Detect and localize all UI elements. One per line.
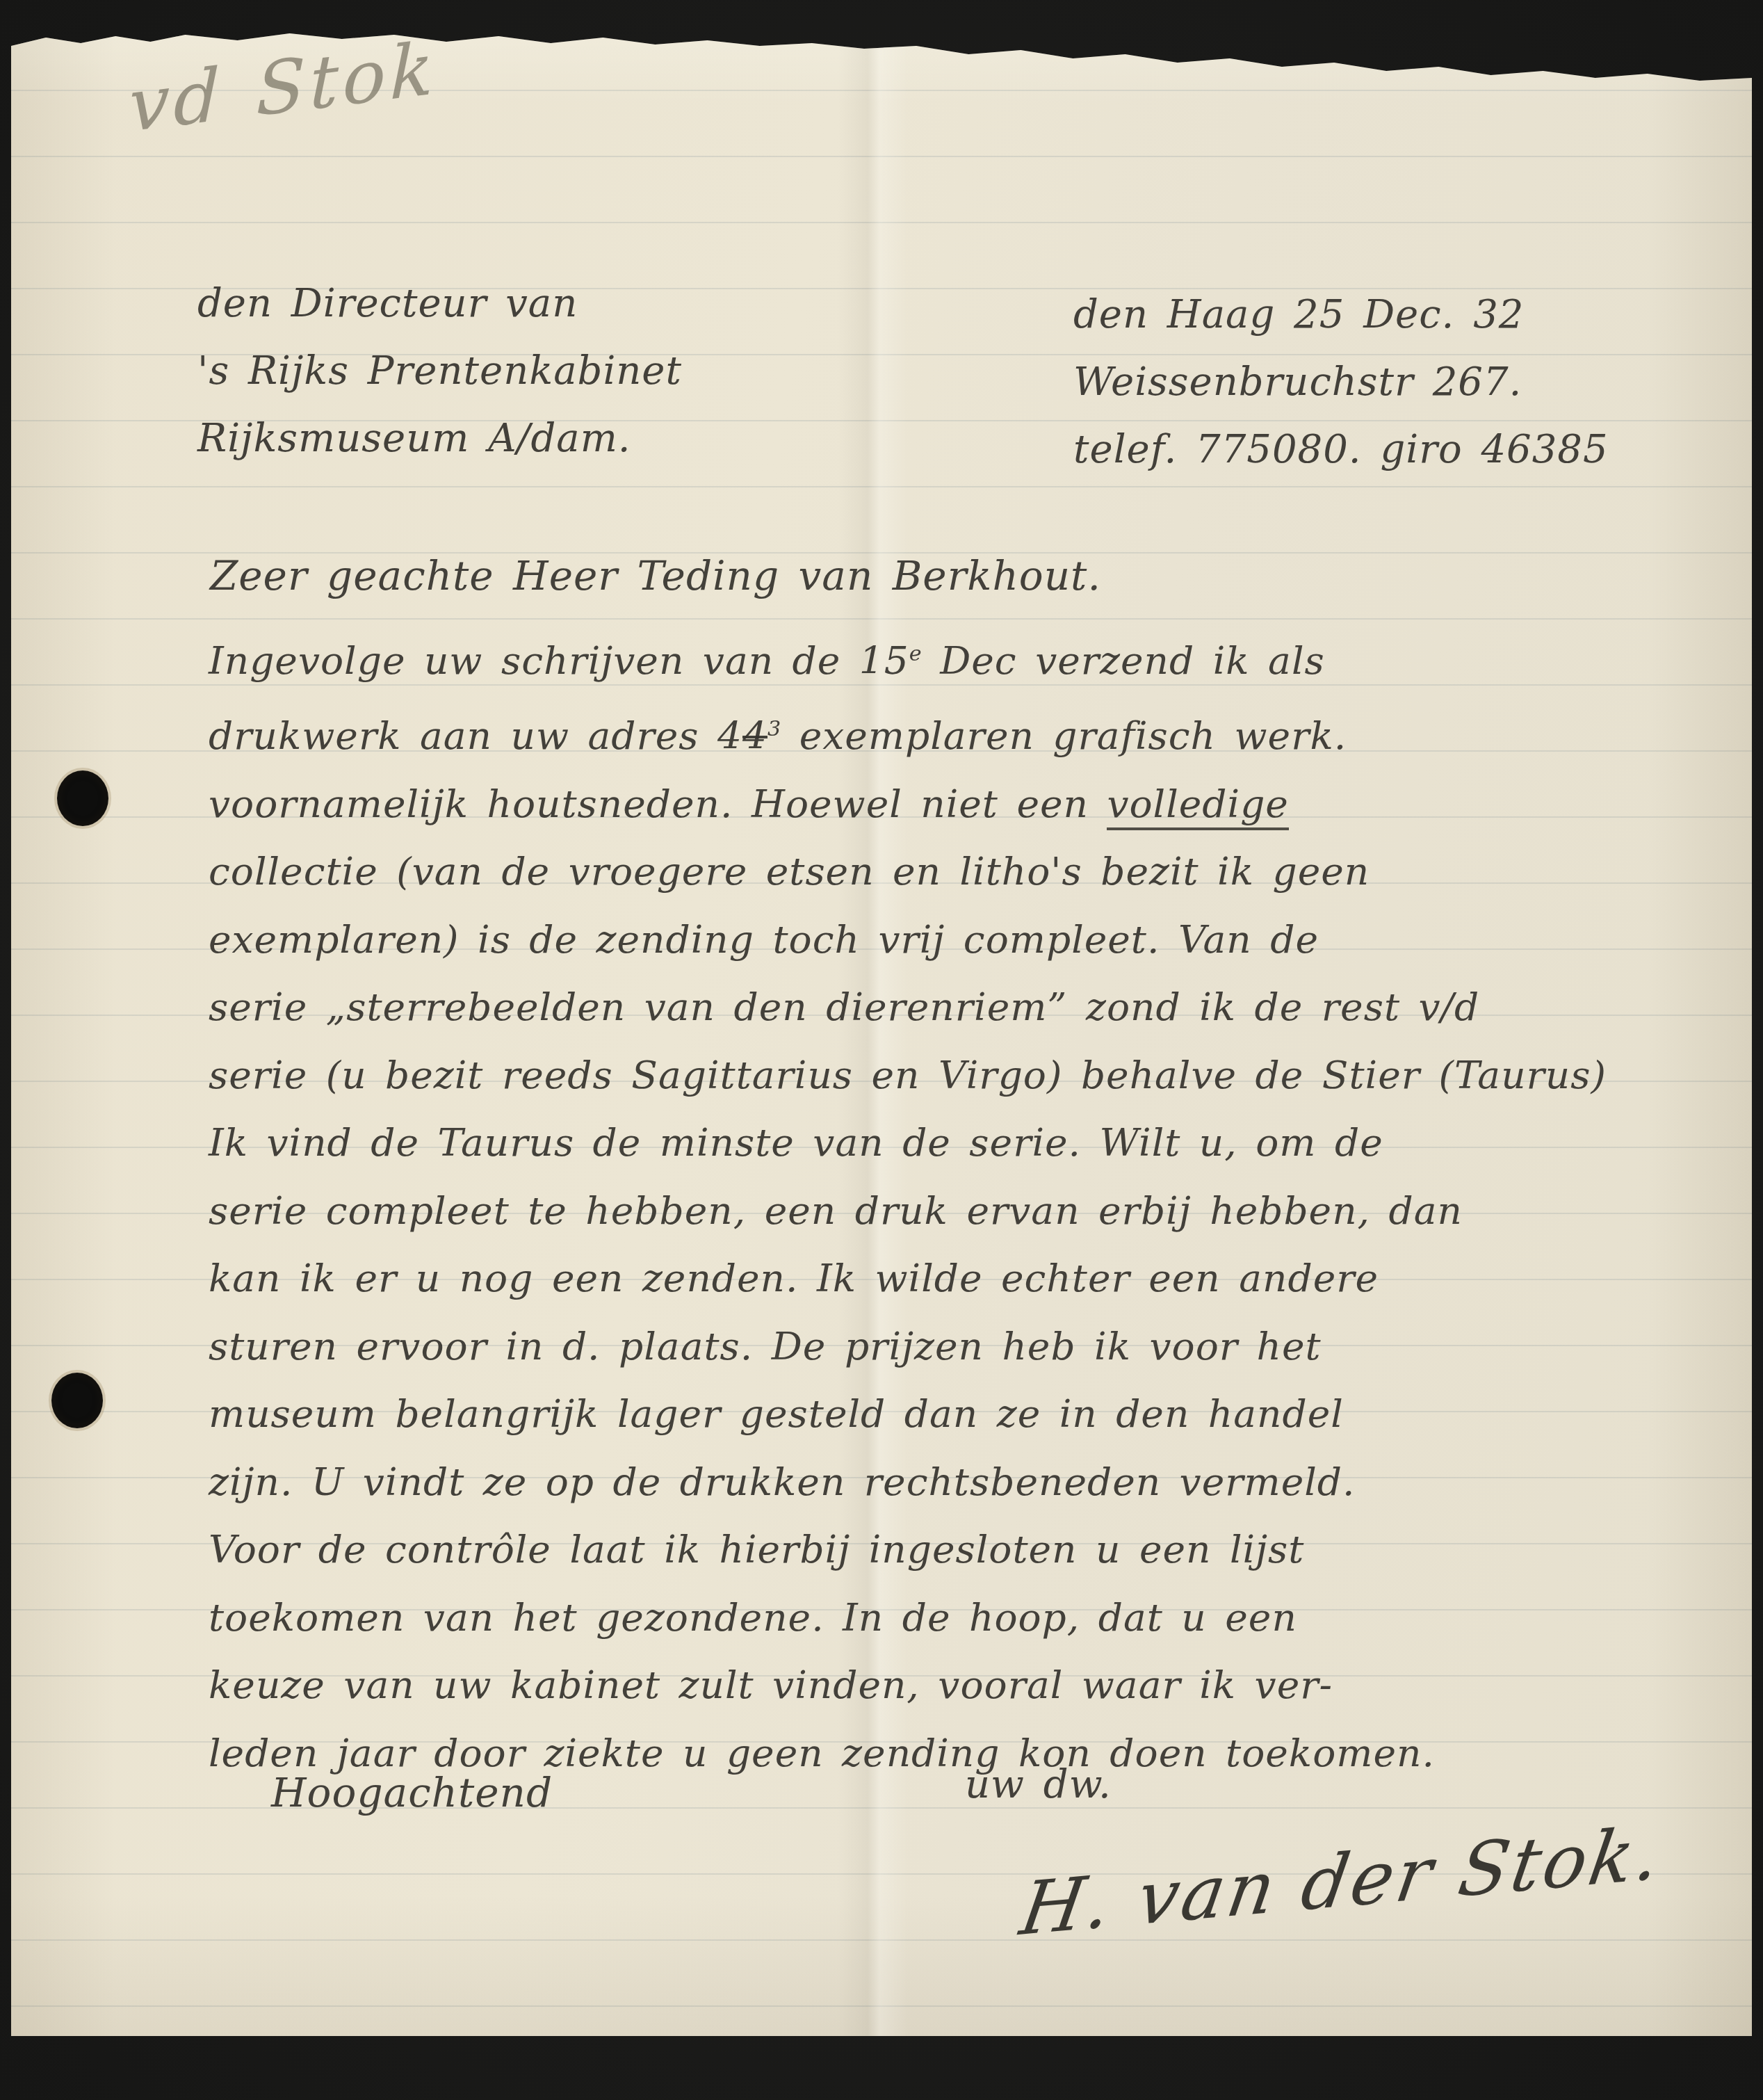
text-run: toekomen van het gezondene. In de hoop, … xyxy=(209,1595,1297,1640)
scanned-letter: vd Stok den Directeur van's Rijks Prente… xyxy=(0,0,1763,2100)
body-line: museum belangrijk lager gesteld dan ze i… xyxy=(209,1380,1607,1448)
sender-line: telef. 775080. giro 46385 xyxy=(1073,416,1609,483)
body-line: Voor de contrôle laat ik hierbij ingeslo… xyxy=(209,1516,1607,1584)
sender-line: Weissenbruchstr 267. xyxy=(1073,348,1609,416)
body-line: keuze van uw kabinet zult vinden, vooral… xyxy=(209,1651,1607,1720)
recipient-block: den Directeur van's Rijks Prentenkabinet… xyxy=(197,270,682,472)
text-run: keuze van uw kabinet zult vinden, vooral… xyxy=(209,1663,1333,1707)
text-run: serie compleet te hebben, een druk ervan… xyxy=(209,1188,1463,1233)
text-run: Ingevolge uw schrijven van de 15 xyxy=(209,638,909,683)
signature: H. van der Stok. xyxy=(1015,1810,1668,1953)
text-run: voornamelijk houtsneden. Hoewel niet een xyxy=(209,782,1107,826)
letter-paper: vd Stok den Directeur van's Rijks Prente… xyxy=(11,25,1752,2036)
text-run: collectie (van de vroegere etsen en lith… xyxy=(209,849,1370,894)
closing-abbreviation: uw dw. xyxy=(965,1762,1112,1807)
body-line: exemplaren) is de zending toch vrij comp… xyxy=(209,906,1607,974)
text-run: zijn. U vindt ze op de drukken rechtsben… xyxy=(209,1460,1355,1504)
text-run: serie „sterrebeelden van den dierenriem”… xyxy=(209,985,1479,1029)
body-line: toekomen van het gezondene. In de hoop, … xyxy=(209,1584,1607,1652)
body-line: zijn. U vindt ze op de drukken rechtsben… xyxy=(209,1448,1607,1517)
body-line: voornamelijk houtsneden. Hoewel niet een… xyxy=(209,770,1607,839)
text-run: e xyxy=(909,642,922,666)
body-line: sturen ervoor in d. plaats. De prijzen h… xyxy=(209,1313,1607,1381)
text-run: exemplaren) is de zending toch vrij comp… xyxy=(209,917,1319,962)
salutation-line: Zeer geachte Heer Teding van Berkhout. xyxy=(210,552,1101,599)
text-run: sturen ervoor in d. plaats. De prijzen h… xyxy=(209,1324,1322,1368)
text-run: serie (u bezit reeds Sagittarius en Virg… xyxy=(209,1053,1607,1097)
closing-word: Hoogachtend xyxy=(271,1769,553,1816)
recipient-line: den Directeur van xyxy=(197,270,682,337)
text-run: Voor de contrôle laat ik hierbij ingeslo… xyxy=(209,1527,1304,1572)
sender-line: den Haag 25 Dec. 32 xyxy=(1073,281,1609,348)
punch-hole-top xyxy=(57,770,108,826)
recipient-line: Rijksmuseum A/dam. xyxy=(197,405,682,472)
body-line: Ingevolge uw schrijven van de 15e Dec ve… xyxy=(209,620,1607,695)
text-run: museum belangrijk lager gesteld dan ze i… xyxy=(209,1391,1344,1436)
text-run: Ik vind de Taurus de minste van de serie… xyxy=(209,1120,1383,1165)
text-run: Dec verzend ik als xyxy=(922,638,1325,683)
punch-hole-bottom xyxy=(51,1373,103,1428)
body-line: collectie (van de vroegere etsen en lith… xyxy=(209,838,1607,906)
text-run: exemplaren grafisch werk. xyxy=(781,713,1347,758)
text-run: drukwerk aan uw adres 4 xyxy=(209,713,742,758)
body-line: drukwerk aan uw adres 443 exemplaren gra… xyxy=(209,695,1607,770)
body-line: serie compleet te hebben, een druk ervan… xyxy=(209,1177,1607,1245)
sender-block: den Haag 25 Dec. 32Weissenbruchstr 267.t… xyxy=(1073,281,1609,483)
recipient-line: 's Rijks Prentenkabinet xyxy=(197,337,682,405)
body-line: serie (u bezit reeds Sagittarius en Virg… xyxy=(209,1042,1607,1110)
text-run: 4 xyxy=(742,713,767,758)
body-line: Ik vind de Taurus de minste van de serie… xyxy=(209,1109,1607,1177)
body-text: Ingevolge uw schrijven van de 15e Dec ve… xyxy=(209,620,1607,1787)
text-run: kan ik er u nog een zenden. Ik wilde ech… xyxy=(209,1256,1379,1300)
text-run: volledige xyxy=(1107,782,1288,830)
text-run: 3 xyxy=(767,717,781,741)
body-line: kan ik er u nog een zenden. Ik wilde ech… xyxy=(209,1245,1607,1313)
pencil-annotation: vd Stok xyxy=(129,25,439,149)
body-line: serie „sterrebeelden van den dierenriem”… xyxy=(209,974,1607,1042)
